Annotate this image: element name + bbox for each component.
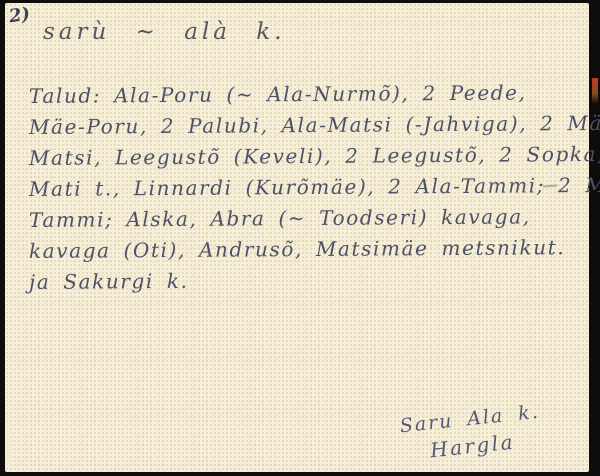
corner-number: 2) (8, 4, 32, 28)
scan-edge-fade (5, 373, 11, 468)
body-line: Talud: Ala-Poru (~ Ala-Nurmõ), 2 Peede, (29, 77, 589, 112)
body-line: Tammi; Alska, Abra (~ Toodseri) kavaga, (29, 201, 589, 236)
body-line: kavaga (Oti), Andrusõ, Matsimäe metsniku… (29, 232, 589, 267)
signature-block: Saru Ala k. Hargla (398, 401, 543, 465)
card-title-line: sarù ~ alà k. (43, 19, 286, 45)
body-line: Mati t., Linnardi (Kurõmäe), 2 Ala-Tammi… (29, 170, 589, 205)
scanned-card-image: 2) sarù ~ alà k. Talud: Ala-Poru (~ Ala-… (0, 0, 600, 476)
index-card: 2) sarù ~ alà k. Talud: Ala-Poru (~ Ala-… (5, 3, 589, 472)
body-line: Mäe-Poru, 2 Palubi, Ala-Matsi (-Jahviga)… (29, 108, 589, 143)
body-line: Matsi, Leegustõ (Keveli), 2 Leegustõ, 2 … (29, 139, 589, 174)
handwritten-paragraph: Talud: Ala-Poru (~ Ala-Nurmõ), 2 Peede, … (29, 79, 589, 296)
red-edge-mark (592, 78, 598, 104)
body-line: ja Sakurgi k. (29, 263, 589, 298)
